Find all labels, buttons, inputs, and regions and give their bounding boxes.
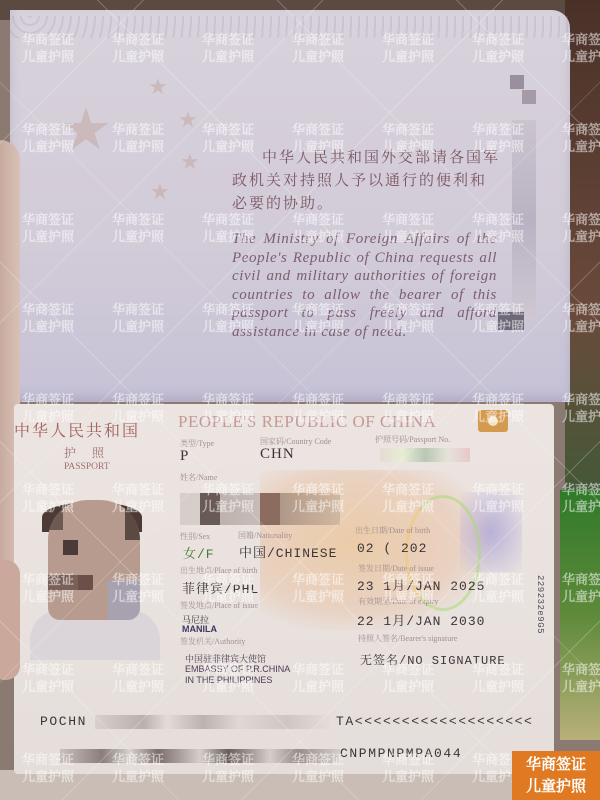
sex-value: 女/F bbox=[183, 543, 215, 562]
name-label: 姓名/Name bbox=[180, 472, 217, 483]
signature-value: 无签名/NO SIGNATURE bbox=[360, 651, 506, 668]
nationality-value: 中国/CHINESE bbox=[239, 542, 337, 561]
serial-number-vertical: 229232e9G5 bbox=[535, 575, 545, 634]
small-star-icon: ★ bbox=[178, 108, 198, 133]
mrz-line-2-redacted bbox=[60, 749, 340, 763]
redaction-block bbox=[512, 120, 536, 320]
passport-label-chinese: 护照 bbox=[64, 444, 120, 461]
redaction-block bbox=[510, 75, 524, 89]
passport-number-redacted bbox=[380, 448, 470, 462]
date-of-expiry-label: 有效期至/Date of expiry bbox=[358, 596, 438, 607]
name-redacted bbox=[180, 493, 340, 525]
badge-line-2: 儿童护照 bbox=[512, 775, 600, 797]
badge-line-1: 华商签证 bbox=[512, 753, 600, 775]
small-star-icon: ★ bbox=[180, 150, 200, 175]
signature-label: 持照人签名/Bearer's signature bbox=[358, 633, 457, 644]
background-right bbox=[565, 0, 600, 520]
finger bbox=[0, 560, 20, 680]
date-of-birth-label: 出生日期/Date of birth bbox=[355, 525, 430, 536]
authority-value-english-2: IN THE PHILIPPINES bbox=[185, 675, 272, 685]
place-of-birth-label: 出生地点/Place of birth bbox=[180, 565, 257, 576]
background-bottom bbox=[0, 770, 600, 800]
large-star-icon: ★ bbox=[60, 95, 112, 163]
passport-label-english: PASSPORT bbox=[64, 462, 110, 472]
chip-icon bbox=[478, 410, 508, 432]
date-of-birth-value: 02 ( 202 bbox=[357, 541, 427, 556]
authority-label: 签发机关/Authority bbox=[180, 636, 245, 647]
background-plant bbox=[560, 490, 600, 740]
type-value: P bbox=[180, 448, 189, 465]
date-of-issue-value: 23 1月/JAN 2025 bbox=[357, 575, 485, 594]
mrz-line-1-start: POCHN bbox=[40, 714, 87, 729]
guilloche-pattern bbox=[10, 16, 570, 38]
passport-number-label: 护照号码/Passport No. bbox=[375, 434, 450, 445]
request-text-chinese: 中华人民共和国外交部请各国军政机关对持照人予以通行的便利和必要的协助。 bbox=[232, 146, 502, 215]
date-of-issue-label: 签发日期/Date of issue bbox=[358, 563, 434, 574]
authority-value-english-1: EMBASSY OF P.R.CHINA bbox=[185, 664, 290, 674]
mrz-line-2-end: CNPMPNPMPA044 bbox=[340, 746, 462, 761]
place-of-issue-value-english: MANILA bbox=[182, 624, 217, 634]
place-of-issue-label: 签发地点/Place of issue bbox=[180, 600, 258, 611]
country-name-chinese: 中华人民共和国 bbox=[14, 418, 140, 441]
place-of-birth-value: 菲律宾/PHL bbox=[182, 578, 259, 597]
mrz-line-1-redacted bbox=[95, 715, 335, 729]
small-star-icon: ★ bbox=[150, 180, 170, 205]
redaction-block bbox=[522, 90, 536, 104]
nationality-label: 国籍/Nationality bbox=[238, 530, 292, 541]
country-code-value: CHN bbox=[260, 446, 295, 463]
small-star-icon: ★ bbox=[148, 75, 168, 100]
sex-label: 性别/Sex bbox=[180, 531, 210, 542]
holder-photo-redacted bbox=[48, 500, 140, 620]
date-of-expiry-value: 22 1月/JAN 2030 bbox=[357, 610, 485, 629]
mrz-line-1-end: TA<<<<<<<<<<<<<<<<<<< bbox=[336, 714, 533, 729]
request-text-english: The Ministry of Foreign Affairs of the P… bbox=[232, 230, 497, 341]
redaction-block bbox=[498, 312, 524, 330]
country-name-english: PEOPLE'S REPUBLIC OF CHINA bbox=[178, 412, 436, 432]
watermark-badge: 华商签证 儿童护照 bbox=[512, 751, 600, 800]
